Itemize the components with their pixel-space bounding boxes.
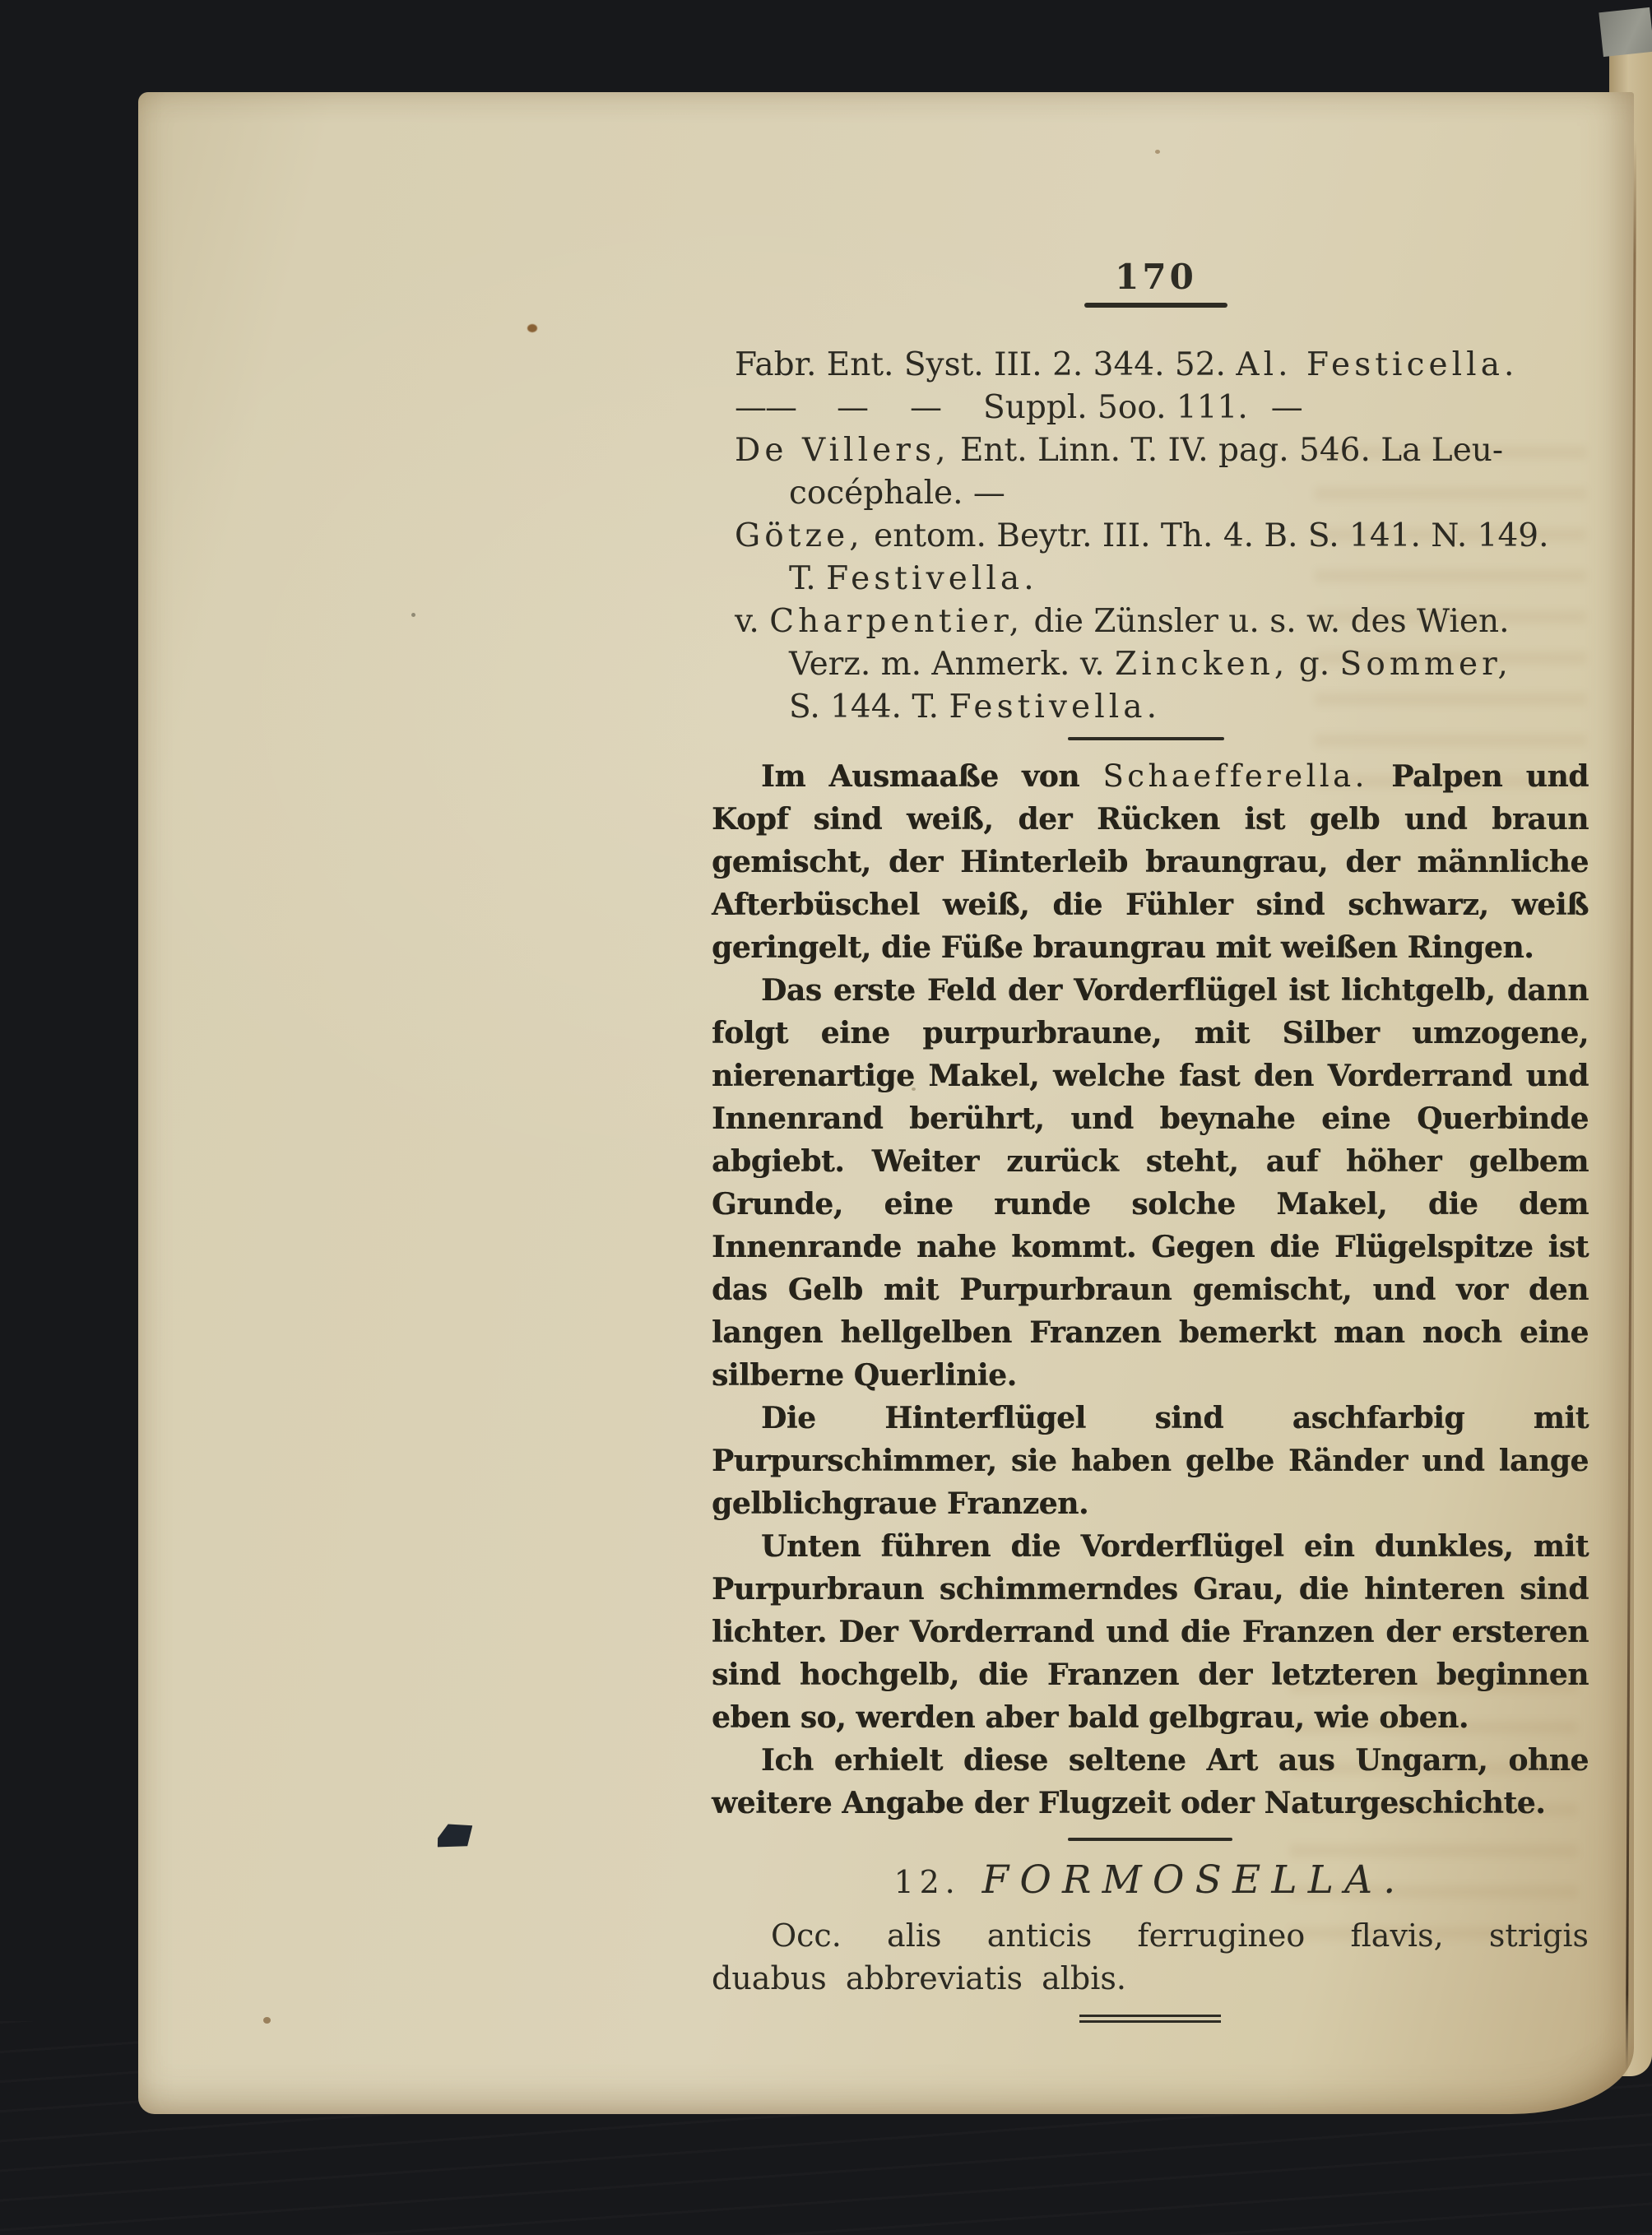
paper-speck (912, 1087, 916, 1091)
paper-speck (263, 2017, 271, 2024)
text-segment: — (837, 389, 869, 426)
scanner-tab (1599, 7, 1652, 57)
body-block: Im Ausmaaße von Schaefferella. Palpen un… (712, 755, 1589, 1825)
body-paragraph: Im Ausmaaße von Schaefferella. Palpen un… (712, 755, 1589, 969)
reference-line: Fabr. Ent. Syst. III. 2. 344. 52. Al. Fe… (735, 344, 1607, 387)
text-segment: Ich erhielt diese seltene Art aus Ungarn… (712, 1743, 1589, 1820)
text-segment: Al. Festicella. (1236, 346, 1518, 383)
text-segment: Sommer, (1340, 646, 1513, 683)
reference-line: T. Festivella. (735, 558, 1607, 600)
reference-line: ————Suppl. 5oo. 111.— (735, 387, 1607, 429)
species-diagnosis: Occ. alis anticis ferrugineo flavis, str… (712, 1914, 1589, 2000)
references-block: Fabr. Ent. Syst. III. 2. 344. 52. Al. Fe… (735, 344, 1607, 729)
body-paragraph: Unten führen die Vorderflügel ein dunkle… (712, 1525, 1589, 1739)
text-segment: v. (735, 603, 769, 640)
text-segment: Verz. m. Anmerk. v. (789, 646, 1115, 683)
text-segment: Festivella. (949, 689, 1161, 726)
text-segment: De Villers, (735, 432, 950, 469)
separator-rule (1068, 737, 1224, 740)
body-paragraph: Die Hinterflügel sind aschfarbig mit Pur… (712, 1397, 1589, 1525)
text-segment: Festivella. (826, 560, 1038, 597)
reference-line: S. 144. T. Festivella. (735, 686, 1607, 729)
reference-line: De Villers, Ent. Linn. T. IV. pag. 546. … (735, 429, 1607, 472)
scanned-book-photo: 170 Fabr. Ent. Syst. III. 2. 344. 52. Al… (0, 0, 1652, 2235)
paper-speck (1155, 150, 1160, 154)
paper-speck (411, 613, 415, 617)
text-segment: Zincken, (1115, 646, 1288, 683)
text-segment: die Zünsler u. s. w. des Wien. (1023, 603, 1509, 640)
text-segment: entom. Beytr. III. Th. 4. B. S. 141. N. … (864, 517, 1549, 554)
body-paragraph: Das erste Feld der Vorderflügel ist lich… (712, 969, 1589, 1397)
paper-speck (527, 324, 537, 332)
page-number: 170 (1115, 257, 1197, 297)
species-index: 12. (894, 1864, 961, 1900)
page-number-rule (1084, 303, 1227, 308)
text-segment: —— (735, 389, 796, 426)
book-page: 170 Fabr. Ent. Syst. III. 2. 344. 52. Al… (138, 92, 1634, 2114)
text-segment: Suppl. 5oo. 111. (983, 389, 1248, 426)
text-segment: Schaefferella. (1103, 758, 1368, 794)
text-segment: T. (789, 560, 826, 597)
text-segment: Die Hinterflügel sind aschfarbig mit Pur… (712, 1401, 1589, 1521)
text-segment: cocéphale. — (789, 475, 1005, 512)
text-segment: — (1271, 389, 1303, 426)
text-segment: Fabr. Ent. Syst. III. 2. 344. 52. (735, 346, 1236, 383)
double-rule (1079, 2015, 1221, 2023)
ink-blot (431, 1820, 476, 1852)
text-segment: La Leu- (1381, 432, 1503, 469)
text-segment: Unten führen die Vorderflügel ein dunkle… (712, 1529, 1589, 1735)
species-name: FORMOSELLA. (982, 1857, 1407, 1903)
reference-line: Götze, entom. Beytr. III. Th. 4. B. S. 1… (735, 515, 1607, 558)
text-column: Im Ausmaaße von Schaefferella. Palpen un… (712, 755, 1589, 2023)
species-heading: 12.FORMOSELLA. (712, 1857, 1589, 1903)
text-segment: Götze, (735, 517, 864, 554)
text-segment: g. (1288, 646, 1339, 683)
body-paragraph: Ich erhielt diese seltene Art aus Ungarn… (712, 1739, 1589, 1825)
text-segment: Ent. Linn. T. IV. pag. 546. (950, 432, 1381, 469)
reference-line: v. Charpentier, die Zünsler u. s. w. des… (735, 600, 1607, 643)
text-segment: Das erste Feld der Vorderflügel ist lich… (712, 973, 1589, 1393)
separator-rule (1068, 1838, 1232, 1841)
text-segment: S. 144. T. (789, 689, 949, 726)
text-segment: — (910, 389, 942, 426)
reference-line: Verz. m. Anmerk. v. Zincken, g. Sommer, (735, 643, 1607, 686)
text-segment: Im Ausmaaße von (761, 759, 1103, 794)
text-segment: Charpentier, (769, 603, 1023, 640)
reference-line: cocéphale. — (735, 472, 1607, 515)
